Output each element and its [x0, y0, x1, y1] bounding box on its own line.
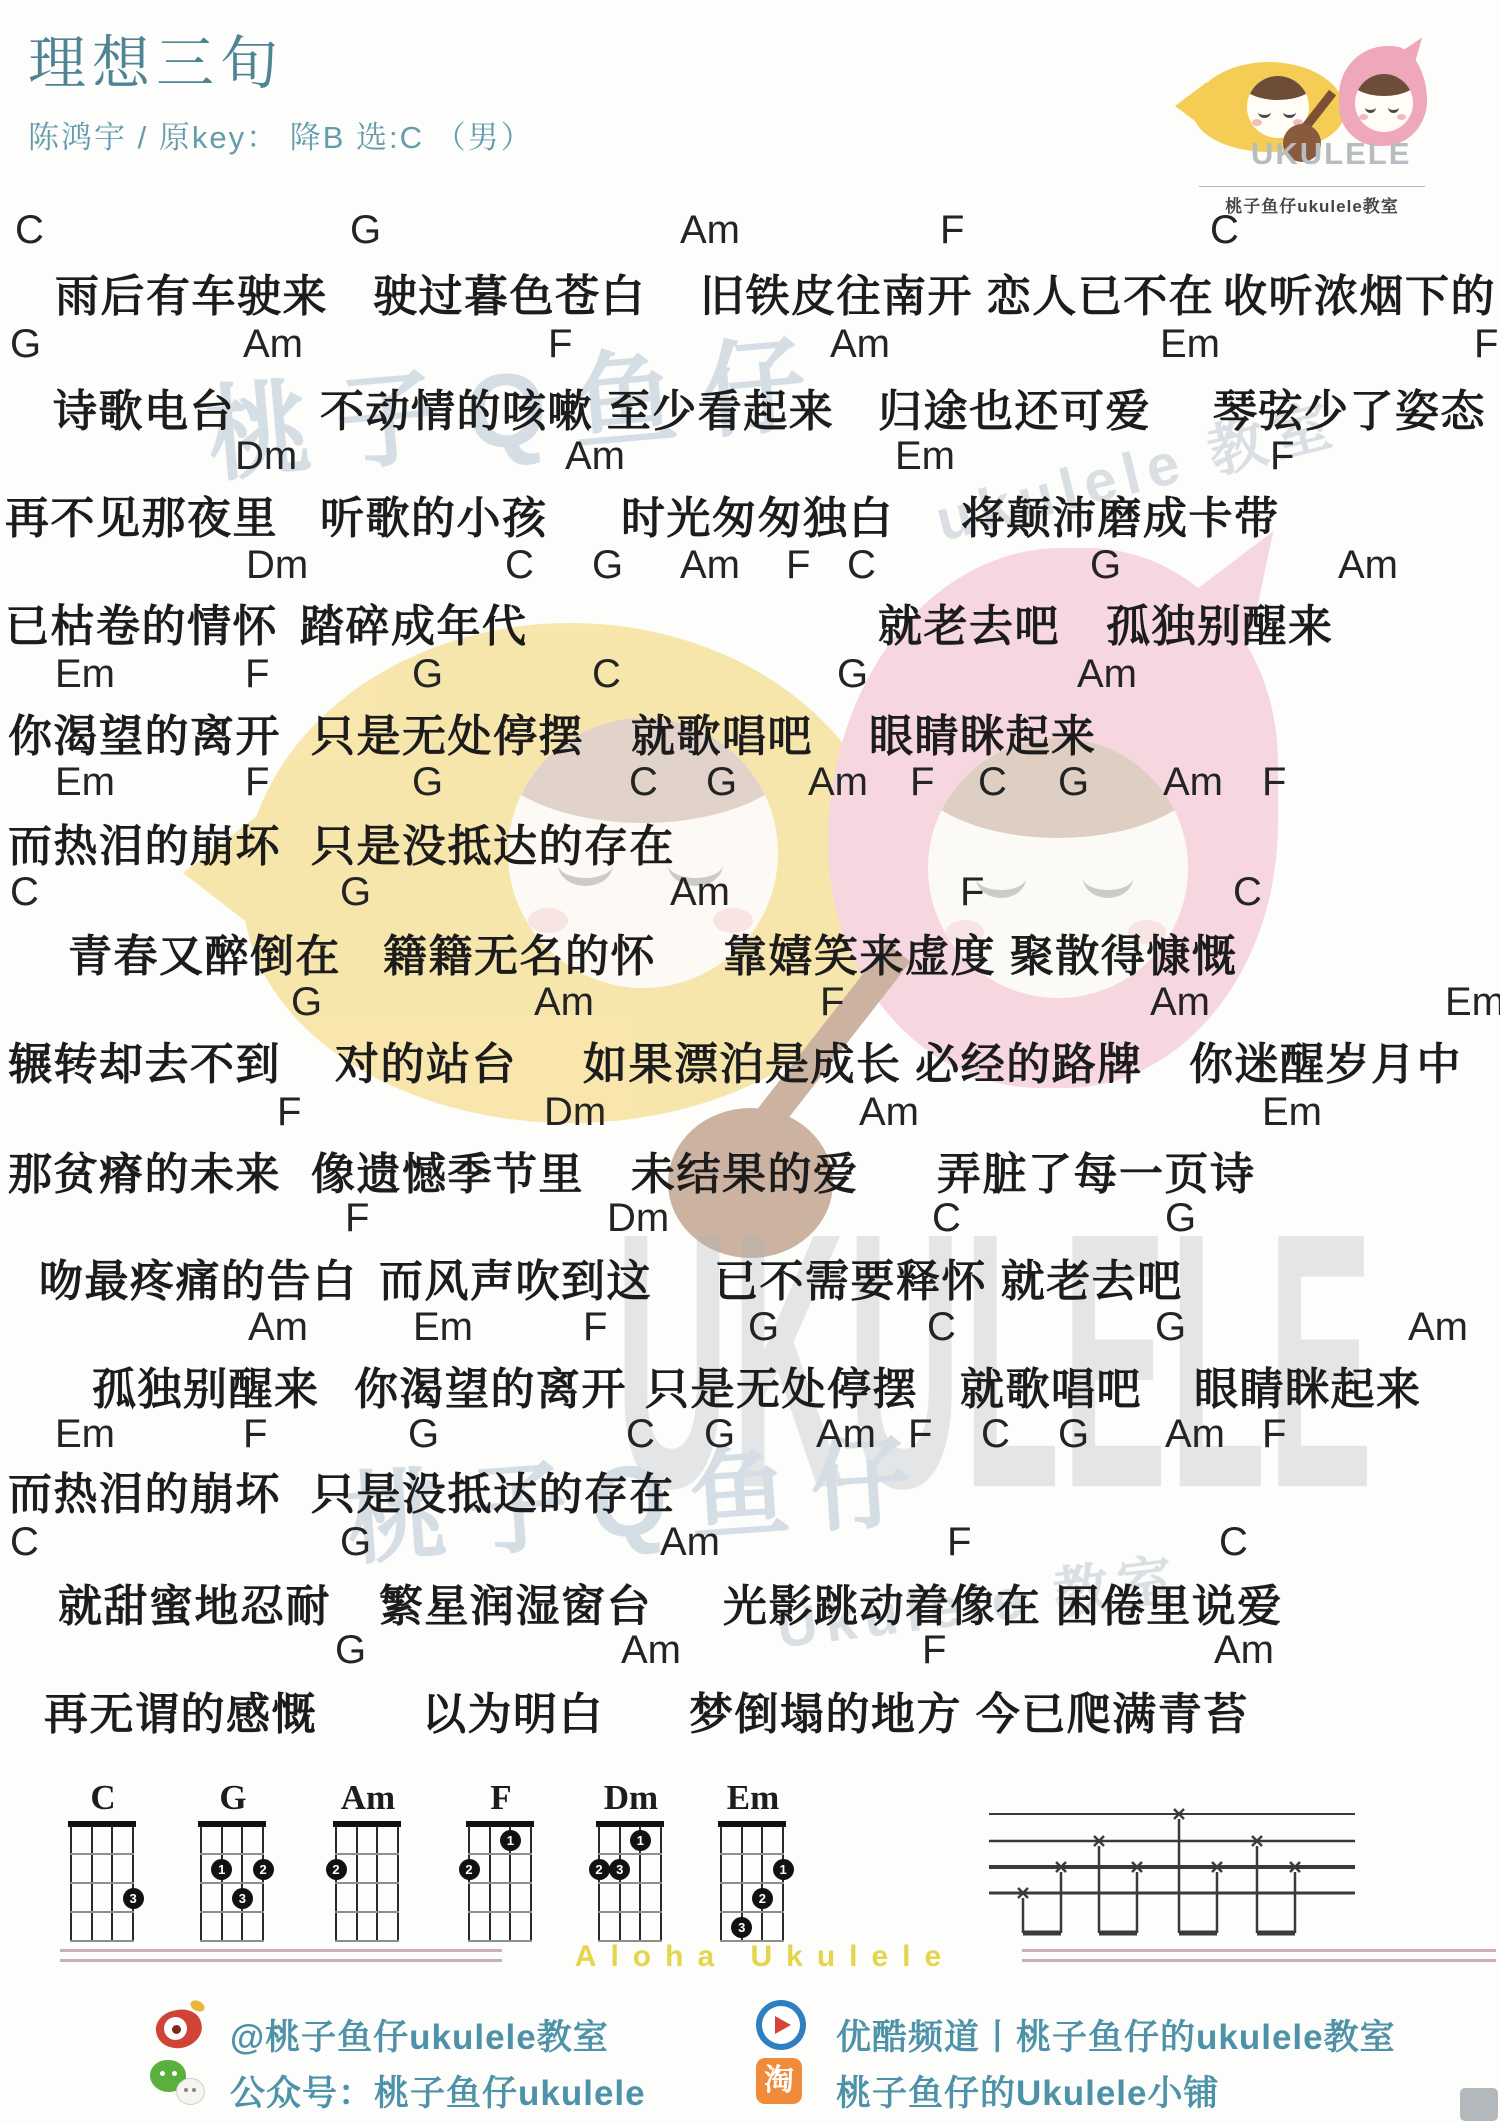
string-line	[397, 1826, 399, 1942]
finger-dot: 3	[232, 1888, 253, 1909]
string-line	[356, 1826, 358, 1942]
chord-label: G	[1165, 1196, 1196, 1241]
chord-label: Am	[1165, 1412, 1225, 1457]
chord-label: Em	[895, 434, 955, 479]
chord-diagram: G123	[200, 1778, 270, 1942]
lyric-text: 你渴望的离开	[354, 1353, 627, 1417]
drop-hair-icon	[1355, 74, 1413, 96]
finger-dot: 1	[773, 1859, 794, 1880]
string-line	[200, 1826, 202, 1942]
fret-line	[335, 1940, 399, 1942]
chord-label: Am	[830, 322, 890, 367]
drop-eye-right	[1083, 858, 1133, 898]
string-line	[376, 1826, 378, 1942]
lyric-text: 听歌的小孩	[320, 482, 548, 546]
chord-label: C	[927, 1305, 956, 1350]
lyric-text: 就老去吧	[878, 590, 1060, 654]
string-line	[335, 1826, 337, 1942]
wechat-icon	[150, 2056, 210, 2108]
chord-diagram: F12	[468, 1778, 538, 1942]
chord-sheet-page: 桃子Q鱼仔 ukulele 教室 UKULELE 桃子Q鱼仔 Ukulele 教…	[0, 0, 1500, 2123]
finger-dot: 1	[211, 1859, 232, 1880]
divider-line-left	[60, 1949, 502, 1962]
chord-label: Am	[621, 1628, 681, 1673]
chord-diagram: Am2	[335, 1778, 405, 1942]
finger-dot: 3	[731, 1917, 752, 1938]
chord-label: Am	[248, 1305, 308, 1350]
youku-play-icon	[756, 2000, 808, 2052]
fret-line	[70, 1853, 134, 1855]
wechat-dot	[160, 2071, 165, 2076]
chord-label: Em	[1160, 322, 1220, 367]
chord-label: Dm	[235, 434, 297, 479]
lyric-text: 将颠沛磨成卡带	[961, 482, 1280, 546]
fret-line	[335, 1911, 399, 1913]
lyric-text: 踏碎成年代	[300, 590, 528, 654]
chord-label: F	[1474, 322, 1498, 367]
chord-label: Dm	[607, 1196, 669, 1241]
chord-diagram: C3	[70, 1778, 140, 1942]
string-line	[262, 1826, 264, 1942]
chord-label: F	[947, 1520, 971, 1565]
fretboard-grid: 123	[200, 1826, 264, 1942]
chord-diagram-name: C	[70, 1778, 136, 1820]
fret-line	[720, 1911, 784, 1913]
string-line	[598, 1826, 600, 1942]
fret-line	[200, 1882, 264, 1884]
chord-label: Em	[1262, 1090, 1322, 1135]
string-line	[132, 1826, 134, 1942]
chord-label: Am	[1077, 652, 1137, 697]
lyric-text: 不动情的咳嗽 至少看起来	[320, 375, 834, 439]
lyric-text: 孤独别醒来	[1106, 590, 1334, 654]
chord-label: F	[245, 652, 269, 697]
chord-label: F	[786, 543, 810, 588]
lyric-text: 靠嬉笑来虚度 聚散得慷慨	[723, 920, 1237, 984]
chord-label: Em	[1445, 980, 1500, 1025]
chord-label: F	[1270, 434, 1294, 479]
chord-label: C	[629, 760, 658, 805]
lyric-text: 就歌唱吧	[960, 1353, 1142, 1417]
chord-label: Em	[55, 1412, 115, 1457]
chord-label: G	[1155, 1305, 1186, 1350]
wechat-dot	[184, 2088, 188, 2092]
lyric-text: 眼睛眯起来	[1194, 1353, 1422, 1417]
weibo-handle: @桃子鱼仔ukulele教室	[230, 2010, 609, 2060]
lyric-text: 眼睛眯起来	[869, 700, 1097, 764]
string-line	[221, 1826, 223, 1942]
lyric-text: 对的站台	[335, 1028, 517, 1092]
chord-label: Am	[660, 1520, 720, 1565]
chord-diagram-name: Dm	[598, 1778, 664, 1820]
chord-label: F	[910, 760, 934, 805]
chord-diagram-name: G	[200, 1778, 266, 1820]
nut-bar	[596, 1821, 664, 1827]
weibo-icon	[156, 2000, 208, 2052]
lyric-text: 像遗憾季节里	[311, 1138, 584, 1202]
chord-label: Am	[565, 434, 625, 479]
chord-label: F	[583, 1305, 607, 1350]
lyric-text: 那贫瘠的未来	[8, 1138, 281, 1202]
drop-face-icon	[1355, 74, 1413, 132]
lyric-text: 时光匆匆独白	[621, 482, 894, 546]
chord-label: Am	[670, 870, 730, 915]
chord-label: G	[340, 1520, 371, 1565]
chord-label: Em	[413, 1305, 473, 1350]
chord-label: G	[291, 980, 322, 1025]
chord-label: C	[1233, 870, 1262, 915]
chord-label: G	[10, 322, 41, 367]
lyric-text: 只是没抵达的存在	[311, 1458, 675, 1522]
chord-label: G	[704, 1412, 735, 1457]
nut-bar	[718, 1821, 786, 1827]
string-line	[489, 1826, 491, 1942]
picking-pattern-tab	[985, 1800, 1360, 1950]
chord-label: F	[960, 870, 984, 915]
chord-label: G	[1058, 1412, 1089, 1457]
chord-label: C	[505, 543, 534, 588]
chord-label: C	[932, 1196, 961, 1241]
chord-label: C	[626, 1412, 655, 1457]
chord-label: Am	[1163, 760, 1223, 805]
string-line	[530, 1826, 532, 1942]
chord-label: G	[412, 652, 443, 697]
string-line	[468, 1826, 470, 1942]
chord-label: F	[940, 208, 964, 253]
fretboard-grid: 3	[70, 1826, 134, 1942]
string-line	[70, 1826, 72, 1942]
lyric-text: 只是没抵达的存在	[311, 810, 675, 874]
lyric-text: 如果漂泊是成长 必经的路牌	[583, 1028, 1143, 1092]
chord-label: G	[340, 870, 371, 915]
chord-label: Am	[1150, 980, 1210, 1025]
string-line	[619, 1826, 621, 1942]
lyric-text: 只是无处停摆	[645, 1353, 918, 1417]
string-line	[761, 1826, 763, 1942]
chord-label: Am	[680, 543, 740, 588]
corner-watermark-badge	[1460, 2088, 1498, 2121]
fish-blush-icon	[1252, 119, 1262, 126]
fish-eye-icon	[1258, 106, 1271, 118]
chord-label: C	[1219, 1520, 1248, 1565]
lyric-text: 弄脏了每一页诗	[937, 1138, 1256, 1202]
chord-label: Dm	[246, 543, 308, 588]
lyric-text: 诗歌电台	[53, 375, 235, 439]
chord-label: G	[335, 1628, 366, 1673]
divider-line-right	[1022, 1949, 1496, 1962]
fret-line	[200, 1853, 264, 1855]
logo-brand-text: UKULELE	[1251, 136, 1411, 172]
brand-logo: UKULELE 桃子鱼仔ukulele教室	[1185, 36, 1440, 212]
fret-line	[468, 1911, 532, 1913]
lyric-text: 收听浓烟下的	[1223, 260, 1496, 324]
play-triangle-icon	[775, 2016, 791, 2034]
chord-label: G	[408, 1412, 439, 1457]
lyric-text: 你渴望的离开	[8, 700, 281, 764]
lyric-text: 旧铁皮往南开 恋人已不在	[700, 260, 1214, 324]
lyric-text: 辗转却去不到	[8, 1028, 281, 1092]
fret-line	[200, 1940, 264, 1942]
lyric-text: 雨后有车驶来	[55, 260, 328, 324]
chord-label: Am	[1338, 543, 1398, 588]
chord-label: G	[748, 1305, 779, 1350]
lyric-text: 光影跳动着像在 困倦里说爱	[723, 1570, 1283, 1634]
lyric-text: 再不见那夜里	[5, 482, 278, 546]
chord-diagram-name: Em	[720, 1778, 786, 1820]
lyric-text: 再无谓的感慨	[44, 1678, 317, 1742]
lyric-text: 就歌唱吧	[631, 700, 813, 764]
logo-caption: 桃子鱼仔ukulele教室	[1199, 186, 1425, 217]
chord-label: F	[820, 980, 844, 1025]
finger-dot: 1	[630, 1830, 651, 1851]
string-line	[720, 1826, 722, 1942]
wechat-account: 公众号：桃子鱼仔ukulele	[230, 2066, 646, 2116]
chord-label: C	[10, 870, 39, 915]
chord-label: G	[706, 760, 737, 805]
chord-label: Em	[55, 760, 115, 805]
chord-label: Am	[808, 760, 868, 805]
lyric-text: 你迷醒岁月中	[1189, 1028, 1462, 1092]
chord-diagram: Em123	[720, 1778, 790, 1942]
nut-bar	[466, 1821, 534, 1827]
finger-dot: 2	[326, 1859, 347, 1880]
drop-blush-icon	[1397, 114, 1406, 120]
chord-label: Am	[534, 980, 594, 1025]
chord-label: G	[1090, 543, 1121, 588]
fret-line	[598, 1911, 662, 1913]
nut-bar	[333, 1821, 401, 1827]
chord-label: F	[548, 322, 572, 367]
chord-diagram: Dm123	[598, 1778, 668, 1942]
lyric-text: 只是无处停摆	[311, 700, 584, 764]
lyric-text: 未结果的爱	[631, 1138, 859, 1202]
artist-key-info: 陈鸿宇 / 原key： 降B 选:C （男）	[28, 112, 534, 157]
youku-channel: 优酷频道丨桃子鱼仔的ukulele教室	[836, 2010, 1396, 2060]
chord-label: F	[1262, 1412, 1286, 1457]
taobao-glyph: 淘	[756, 2058, 802, 2104]
chord-label: Am	[859, 1090, 919, 1135]
chord-label: F	[243, 1412, 267, 1457]
lyric-text: 而热泪的崩坏	[8, 810, 281, 874]
wechat-bubble-small	[176, 2078, 205, 2105]
chord-label: Am	[1408, 1305, 1468, 1350]
chord-label: C	[15, 208, 44, 253]
drop-eye-icon	[1388, 102, 1399, 113]
drop-blush-icon	[1359, 114, 1368, 120]
chord-label: Am	[816, 1412, 876, 1457]
chord-label: C	[981, 1412, 1010, 1457]
song-title: 理想三旬	[28, 16, 284, 100]
chord-label: F	[345, 1196, 369, 1241]
fretboard-grid: 123	[720, 1826, 784, 1942]
lyric-text: 以为明白	[422, 1678, 604, 1742]
fret-line	[70, 1940, 134, 1942]
chord-label: C	[978, 760, 1007, 805]
string-line	[782, 1826, 784, 1942]
fret-line	[70, 1882, 134, 1884]
fret-line	[200, 1911, 264, 1913]
chord-label: F	[922, 1628, 946, 1673]
chord-label: C	[847, 543, 876, 588]
lyric-text: 琴弦少了姿态	[1213, 375, 1486, 439]
finger-dot: 2	[752, 1888, 773, 1909]
fish-hair-icon	[1247, 76, 1309, 100]
chord-label: Am	[243, 322, 303, 367]
taobao-icon: 淘	[756, 2058, 802, 2104]
lyric-text: 繁星润湿窗台	[379, 1570, 652, 1634]
lyric-text: 归途也还可爱	[878, 375, 1151, 439]
fret-line	[720, 1882, 784, 1884]
nut-bar	[198, 1821, 266, 1827]
lyric-text: 梦倒塌的地方 今已爬满青苔	[689, 1678, 1249, 1742]
lyric-text: 青春又醉倒在	[68, 920, 341, 984]
chord-label: G	[1058, 760, 1089, 805]
lyric-text: 已不需要释怀 就老去吧	[714, 1245, 1183, 1309]
string-line	[241, 1826, 243, 1942]
chord-label: G	[350, 208, 381, 253]
fret-line	[335, 1853, 399, 1855]
finger-dot: 1	[500, 1830, 521, 1851]
fret-line	[468, 1853, 532, 1855]
lyric-text: 吻最疼痛的告白	[39, 1245, 358, 1309]
chord-diagram-name: F	[468, 1778, 534, 1820]
string-line	[111, 1826, 113, 1942]
fret-line	[335, 1882, 399, 1884]
lyric-text: 籍籍无名的怀	[383, 920, 656, 984]
nut-bar	[68, 1821, 136, 1827]
finger-dot: 2	[253, 1859, 274, 1880]
lyric-text: 而风声吹到这	[379, 1245, 652, 1309]
lyric-text: 驶过暮色苍白	[373, 260, 646, 324]
lyric-text: 而热泪的崩坏	[8, 1458, 281, 1522]
chord-label: G	[412, 760, 443, 805]
fret-line	[70, 1911, 134, 1913]
chord-label: F	[277, 1090, 301, 1135]
lyric-text: 就甜蜜地忍耐	[58, 1570, 331, 1634]
taobao-shop: 桃子鱼仔的Ukulele小铺	[836, 2066, 1220, 2116]
chord-label: C	[10, 1520, 39, 1565]
finger-dot: 3	[123, 1888, 144, 1909]
chord-label: Am	[680, 208, 740, 253]
fretboard-grid: 123	[598, 1826, 662, 1942]
finger-dot: 2	[589, 1859, 610, 1880]
fret-line	[598, 1882, 662, 1884]
fretboard-grid: 12	[468, 1826, 532, 1942]
fret-line	[598, 1853, 662, 1855]
drop-eye-icon	[1365, 102, 1376, 113]
lyric-text: 已枯卷的情怀	[5, 590, 278, 654]
chord-label: Am	[1214, 1628, 1274, 1673]
string-line	[91, 1826, 93, 1942]
weibo-pupil	[172, 2025, 181, 2034]
chord-label: C	[592, 652, 621, 697]
finger-dot: 3	[609, 1859, 630, 1880]
aloha-label: Aloha Ukulele	[505, 1940, 1025, 1974]
chord-label: G	[837, 652, 868, 697]
fish-eye-icon	[1283, 106, 1296, 118]
chord-label: G	[592, 543, 623, 588]
fretboard-grid: 2	[335, 1826, 399, 1942]
wechat-dot	[172, 2071, 177, 2076]
chord-label: F	[1262, 760, 1286, 805]
string-line	[660, 1826, 662, 1942]
chord-diagram-name: Am	[335, 1778, 401, 1820]
finger-dot: 2	[459, 1859, 480, 1880]
chord-label: F	[245, 760, 269, 805]
fret-line	[468, 1882, 532, 1884]
chord-label: Em	[55, 652, 115, 697]
chord-label: Dm	[544, 1090, 606, 1135]
lyric-text: 孤独别醒来	[92, 1353, 320, 1417]
chord-label: F	[908, 1412, 932, 1457]
wechat-dot	[192, 2088, 196, 2092]
fret-line	[720, 1853, 784, 1855]
